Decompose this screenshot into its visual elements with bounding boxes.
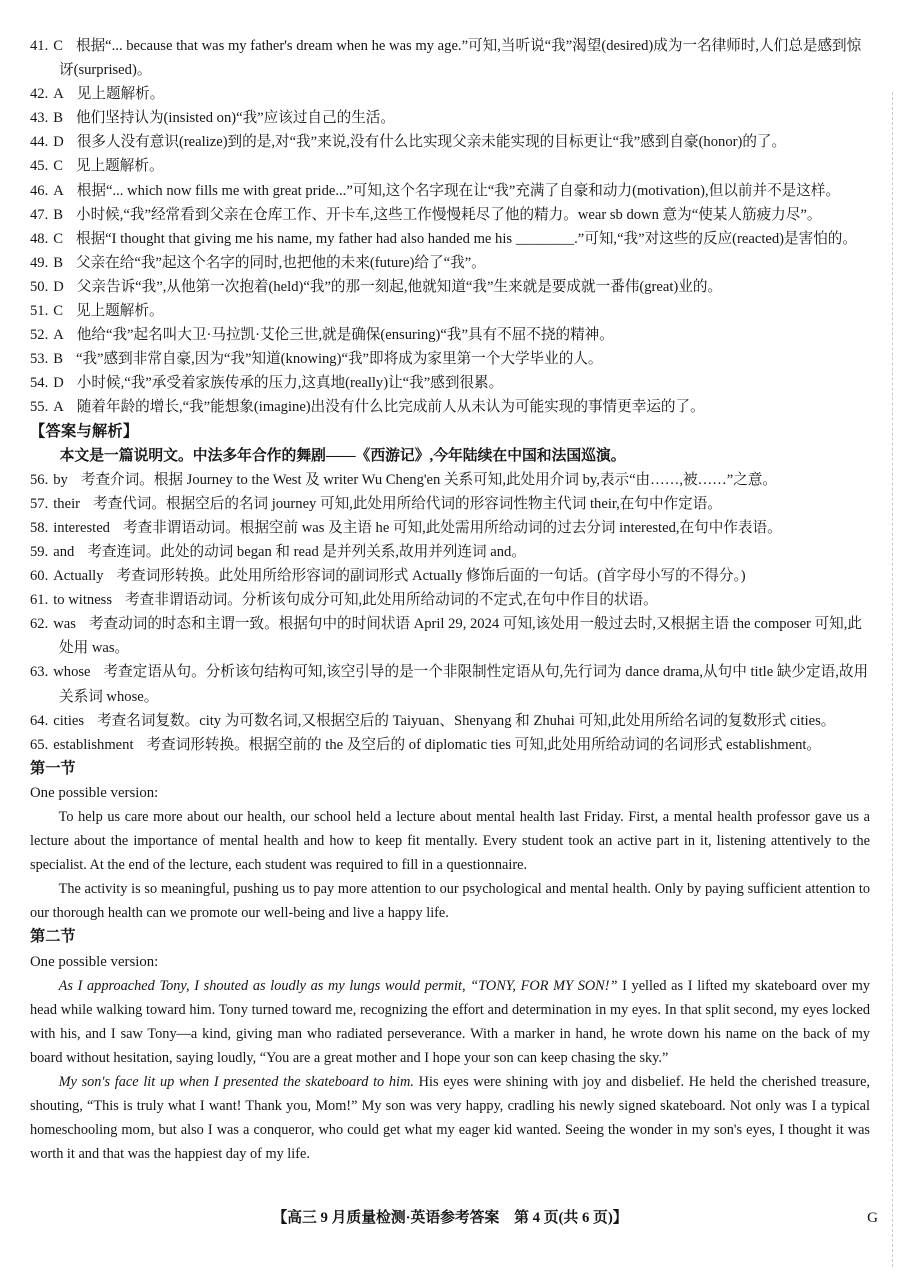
answer-explanation: 父亲告诉“我”,从他第一次抱着(held)“我”的那一刻起,他就知道“我”生来就… (77, 279, 722, 295)
answer-value: B (53, 255, 63, 271)
answer-explanation: 考查代词。根据空后的名词 journey 可知,此处用所给代词的形容词性物主代词… (93, 496, 722, 512)
essay-paragraph: To help us care more about our health, o… (30, 805, 870, 877)
answer-number: 60. (30, 568, 48, 584)
answer-explanation: 他们坚持认为(insisted on)“我”应该过自己的生活。 (76, 110, 395, 126)
section-one-title: 第一节 (30, 757, 870, 781)
answer-value: A (53, 183, 64, 199)
section-one-version-label: One possible version: (30, 781, 870, 805)
essay-paragraph: My son's face lit up when I presented th… (30, 1070, 870, 1166)
essay-paragraph: As I approached Tony, I shouted as loudl… (30, 974, 870, 1070)
section-one-essay: To help us care more about our health, o… (30, 805, 870, 925)
answer-number: 55. (30, 399, 48, 415)
answer-item: 47.B小时候,“我”经常看到父亲在仓库工作、开卡车,这些工作慢慢耗尽了他的精力… (30, 203, 870, 227)
grammar-answer-list: 56.by考查介词。根据 Journey to the West 及 write… (30, 468, 870, 757)
answer-item: 64.cities考查名词复数。city 为可数名词,又根据空后的 Taiyua… (30, 709, 870, 733)
essay-paragraph: The activity is so meaningful, pushing u… (30, 877, 870, 925)
page-footer: 【高三 9 月质量检测·英语参考答案 第 4 页(共 6 页)】 G (0, 1206, 900, 1230)
answer-value: whose (53, 664, 90, 680)
answer-explanation: 考查介词。根据 Journey to the West 及 writer Wu … (81, 472, 777, 488)
answer-item: 63.whose考查定语从句。分析该句结构可知,该空引导的是一个非限制性定语从句… (30, 660, 870, 708)
answer-explanation: 考查定语从句。分析该句结构可知,该空引导的是一个非限制性定语从句,先行词为 da… (59, 664, 868, 704)
answer-value: A (53, 399, 64, 415)
answer-item: 48.C根据“I thought that giving me his name… (30, 227, 870, 251)
answer-number: 50. (30, 279, 48, 295)
answer-value: and (53, 544, 74, 560)
answer-number: 42. (30, 86, 48, 102)
answer-value: B (53, 207, 63, 223)
answer-number: 44. (30, 134, 48, 150)
answer-item: 49.B父亲在给“我”起这个名字的同时,也把他的未来(future)给了“我”。 (30, 251, 870, 275)
answer-value: C (53, 38, 63, 54)
answer-item: 59.and考查连词。此处的动词 began 和 read 是并列关系,故用并列… (30, 540, 870, 564)
answer-item: 62.was考查动词的时态和主谓一致。根据句中的时间状语 April 29, 2… (30, 612, 870, 660)
answer-value: to witness (53, 592, 112, 608)
answer-number: 45. (30, 158, 48, 174)
answer-number: 51. (30, 303, 48, 319)
answer-item: 43.B他们坚持认为(insisted on)“我”应该过自己的生活。 (30, 106, 870, 130)
essay-body-text: The activity is so meaningful, pushing u… (30, 881, 870, 921)
section-two-version-label: One possible version: (30, 950, 870, 974)
answer-number: 63. (30, 664, 48, 680)
answer-item: 52.A他给“我”起名叫大卫·马拉凯·艾伦三世,就是确保(ensuring)“我… (30, 323, 870, 347)
answer-explanation: 考查非谓语动词。分析该句成分可知,此处用所给动词的不定式,在句中作目的状语。 (125, 592, 658, 608)
answer-explanation: “我”感到非常自豪,因为“我”知道(knowing)“我”即将成为家里第一个大学… (76, 351, 603, 367)
answer-number: 48. (30, 231, 48, 247)
answer-explanation: 根据“... which now fills me with great pri… (77, 183, 840, 199)
answer-explanation: 见上题解析。 (76, 158, 164, 174)
answer-item: 50.D父亲告诉“我”,从他第一次抱着(held)“我”的那一刻起,他就知道“我… (30, 275, 870, 299)
answer-item: 46.A根据“... which now fills me with great… (30, 179, 870, 203)
answer-item: 57.their考查代词。根据空后的名词 journey 可知,此处用所给代词的… (30, 492, 870, 516)
answer-value: by (53, 472, 68, 488)
answer-explanation: 父亲在给“我”起这个名字的同时,也把他的未来(future)给了“我”。 (76, 255, 486, 271)
answer-value: D (53, 375, 64, 391)
answer-value: their (53, 496, 80, 512)
answer-explanation: 考查词形转换。此处用所给形容词的副词形式 Actually 修饰后面的一句话。(… (117, 568, 746, 584)
answer-number: 59. (30, 544, 48, 560)
answer-value: establishment (53, 737, 133, 753)
page-edge-dotted-line (892, 92, 893, 1267)
answer-value: was (53, 616, 76, 632)
answer-item: 53.B“我”感到非常自豪,因为“我”知道(knowing)“我”即将成为家里第… (30, 347, 870, 371)
essay-body-text: To help us care more about our health, o… (30, 809, 870, 873)
answer-item: 55.A随着年龄的增长,“我”能想象(imagine)出没有什么比完成前人从未认… (30, 395, 870, 419)
answer-explanation: 他给“我”起名叫大卫·马拉凯·艾伦三世,就是确保(ensuring)“我”具有不… (77, 327, 614, 343)
answer-value: D (53, 279, 64, 295)
section-two-title: 第二节 (30, 925, 870, 949)
passage-intro: 本文是一篇说明文。中法多年合作的舞剧——《西游记》,今年陆续在中国和法国巡演。 (30, 444, 870, 468)
answer-number: 65. (30, 737, 48, 753)
answer-value: B (53, 110, 63, 126)
cloze-answer-list: 41.C根据“... because that was my father's … (30, 34, 870, 420)
answer-number: 49. (30, 255, 48, 271)
section-two-essay: As I approached Tony, I shouted as loudl… (30, 974, 870, 1167)
answer-item: 58.interested考查非谓语动词。根据空前 was 及主语 he 可知,… (30, 516, 870, 540)
answer-number: 57. (30, 496, 48, 512)
footer-version-letter: G (867, 1206, 878, 1230)
answer-value: C (53, 231, 63, 247)
answer-item: 60.Actually考查词形转换。此处用所给形容词的副词形式 Actually… (30, 564, 870, 588)
answer-explanation: 见上题解析。 (77, 86, 165, 102)
answer-value: A (53, 86, 64, 102)
answer-number: 52. (30, 327, 48, 343)
answer-number: 54. (30, 375, 48, 391)
answer-explanation: 小时候,“我”承受着家族传承的压力,这真地(really)让“我”感到很累。 (77, 375, 503, 391)
answer-number: 58. (30, 520, 48, 536)
essay-lead-italic: As I approached Tony, I shouted as loudl… (59, 978, 618, 994)
answer-number: 61. (30, 592, 48, 608)
answer-explanation: 根据“... because that was my father's drea… (59, 38, 861, 78)
answer-item: 41.C根据“... because that was my father's … (30, 34, 870, 82)
answer-value: A (53, 327, 64, 343)
answer-value: interested (53, 520, 110, 536)
answer-number: 62. (30, 616, 48, 632)
answer-item: 61.to witness考查非谓语动词。分析该句成分可知,此处用所给动词的不定… (30, 588, 870, 612)
answer-explanation: 随着年龄的增长,“我”能想象(imagine)出没有什么比完成前人从未认为可能实… (77, 399, 705, 415)
answer-value: C (53, 303, 63, 319)
answer-value: D (53, 134, 64, 150)
answer-item: 42.A见上题解析。 (30, 82, 870, 106)
answer-key-page: 41.C根据“... because that was my father's … (0, 0, 900, 1273)
answer-number: 56. (30, 472, 48, 488)
answer-number: 53. (30, 351, 48, 367)
essay-lead-italic: My son's face lit up when I presented th… (59, 1074, 414, 1090)
answer-explanation: 根据“I thought that giving me his name, my… (76, 231, 857, 247)
answer-explanation: 考查词形转换。根据空前的 the 及空后的 of diplomatic ties… (147, 737, 822, 753)
answer-number: 41. (30, 38, 48, 54)
answer-value: Actually (53, 568, 103, 584)
answer-explanation: 考查名词复数。city 为可数名词,又根据空后的 Taiyuan、Shenyan… (97, 713, 835, 729)
footer-title-page-number: 【高三 9 月质量检测·英语参考答案 第 4 页(共 6 页)】 (272, 1210, 627, 1226)
answer-item: 51.C见上题解析。 (30, 299, 870, 323)
answers-explanations-header: 【答案与解析】 (30, 420, 870, 444)
answer-value: cities (53, 713, 84, 729)
answer-number: 64. (30, 713, 48, 729)
answer-explanation: 考查连词。此处的动词 began 和 read 是并列关系,故用并列连词 and… (87, 544, 526, 560)
answer-explanation: 小时候,“我”经常看到父亲在仓库工作、开卡车,这些工作慢慢耗尽了他的精力。wea… (76, 207, 821, 223)
answer-value: C (53, 158, 63, 174)
answer-explanation: 很多人没有意识(realize)到的是,对“我”来说,没有什么比实现父亲未能实现… (77, 134, 786, 150)
answer-explanation: 见上题解析。 (76, 303, 164, 319)
answer-explanation: 考查动词的时态和主谓一致。根据句中的时间状语 April 29, 2024 可知… (59, 616, 862, 656)
answer-number: 47. (30, 207, 48, 223)
answer-number: 43. (30, 110, 48, 126)
answer-item: 65.establishment考查词形转换。根据空前的 the 及空后的 of… (30, 733, 870, 757)
answer-item: 56.by考查介词。根据 Journey to the West 及 write… (30, 468, 870, 492)
answer-number: 46. (30, 183, 48, 199)
answer-value: B (53, 351, 63, 367)
answer-explanation: 考查非谓语动词。根据空前 was 及主语 he 可知,此处需用所给动词的过去分词… (123, 520, 782, 536)
answer-item: 54.D小时候,“我”承受着家族传承的压力,这真地(really)让“我”感到很… (30, 371, 870, 395)
answer-item: 45.C见上题解析。 (30, 154, 870, 178)
answer-item: 44.D很多人没有意识(realize)到的是,对“我”来说,没有什么比实现父亲… (30, 130, 870, 154)
